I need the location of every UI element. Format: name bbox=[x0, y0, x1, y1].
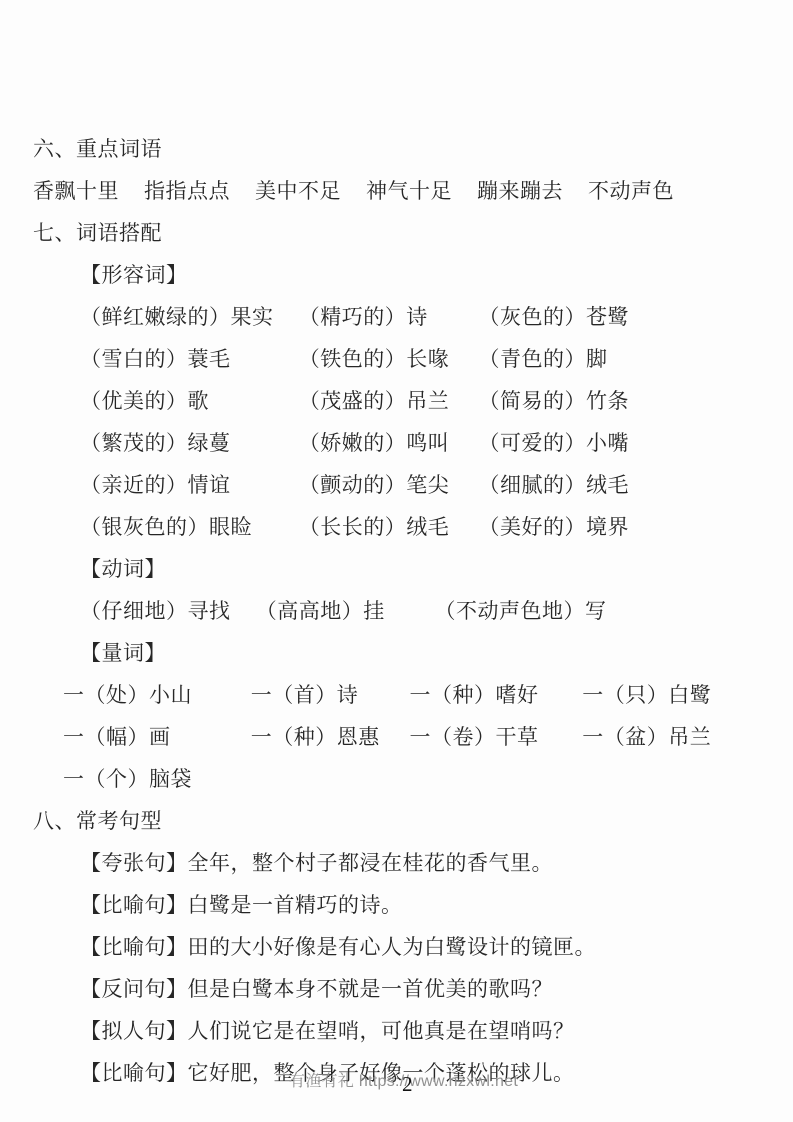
adjective-row: （优美的）歌 （茂盛的）吊兰 （简易的）竹条 bbox=[33, 380, 763, 422]
adjective-pair: （青色的）脚 bbox=[479, 347, 608, 371]
measure-pair: 一（处）小山 bbox=[63, 674, 245, 716]
example-sentence: 【比喻句】田的大小好像是有心人为白鹭设计的镜匣。 bbox=[33, 926, 763, 968]
adjective-pair: （繁茂的）绿蔓 bbox=[80, 422, 293, 464]
adjective-pair: （长长的）绒毛 bbox=[299, 506, 473, 548]
measure-pair: 一（盆）吊兰 bbox=[582, 725, 711, 749]
verb-pair: （不动声色地）写 bbox=[435, 599, 607, 623]
adjective-pair: （颤动的）笔尖 bbox=[299, 464, 473, 506]
key-word: 神气十足 bbox=[366, 170, 452, 212]
measure-pair: 一（只）白鹭 bbox=[582, 683, 711, 707]
adjective-pair: （美好的）境界 bbox=[479, 515, 630, 539]
adjective-pair: （雪白的）蓑毛 bbox=[80, 338, 293, 380]
adjective-pair: （灰色的）苍鹭 bbox=[479, 305, 630, 329]
adjective-pair: （铁色的）长喙 bbox=[299, 338, 473, 380]
verb-label: 【动词】 bbox=[33, 548, 763, 590]
key-word: 不动声色 bbox=[588, 170, 674, 212]
adjective-pair: （简易的）竹条 bbox=[479, 389, 630, 413]
adjective-pair: （优美的）歌 bbox=[80, 380, 293, 422]
measure-pair: 一（个）脑袋 bbox=[63, 758, 245, 800]
key-word: 香飘十里 bbox=[33, 170, 119, 212]
adjective-pair: （可爱的）小嘴 bbox=[479, 431, 630, 455]
adjective-pair: （亲近的）情谊 bbox=[80, 464, 293, 506]
adjective-pair: （茂盛的）吊兰 bbox=[299, 380, 473, 422]
verb-pair: （高高地）挂 bbox=[256, 590, 429, 632]
measure-word-row: 一（个）脑袋 bbox=[33, 758, 763, 800]
document-page: 六、重点词语 香飘十里 指指点点 美中不足 神气十足 蹦来蹦去 不动声色 七、词… bbox=[0, 0, 793, 1122]
adjective-row: （鲜红嫩绿的）果实 （精巧的）诗 （灰色的）苍鹭 bbox=[33, 296, 763, 338]
example-sentence: 【夸张句】全年，整个村子都浸在桂花的香气里。 bbox=[33, 842, 763, 884]
example-sentence: 【比喻句】白鹭是一首精巧的诗。 bbox=[33, 884, 763, 926]
adjective-label: 【形容词】 bbox=[33, 254, 763, 296]
adjective-row: （亲近的）情谊 （颤动的）笔尖 （细腻的）绒毛 bbox=[33, 464, 763, 506]
adjective-pair: （鲜红嫩绿的）果实 bbox=[80, 296, 293, 338]
measure-word-row: 一（幅）画 一（种）恩惠 一（卷）干草 一（盆）吊兰 bbox=[33, 716, 763, 758]
adjective-pair: （银灰色的）眼睑 bbox=[80, 506, 293, 548]
measure-pair: 一（首）诗 bbox=[251, 674, 404, 716]
page-number: 2 bbox=[402, 1072, 413, 1097]
measure-word-label: 【量词】 bbox=[33, 632, 763, 674]
key-words-row: 香飘十里 指指点点 美中不足 神气十足 蹦来蹦去 不动声色 bbox=[33, 170, 763, 212]
measure-pair: 一（种）恩惠 bbox=[251, 716, 404, 758]
key-word: 蹦来蹦去 bbox=[477, 170, 563, 212]
measure-pair: 一（种）嗜好 bbox=[410, 674, 577, 716]
section-heading-key-words: 六、重点词语 bbox=[33, 128, 763, 170]
verb-row: （仔细地）寻找 （高高地）挂 （不动声色地）写 bbox=[33, 590, 763, 632]
verb-pair: （仔细地）寻找 bbox=[80, 590, 250, 632]
adjective-row: （雪白的）蓑毛 （铁色的）长喙 （青色的）脚 bbox=[33, 338, 763, 380]
adjective-pair: （娇嫩的）鸣叫 bbox=[299, 422, 473, 464]
key-word: 指指点点 bbox=[144, 170, 230, 212]
adjective-row: （银灰色的）眼睑 （长长的）绒毛 （美好的）境界 bbox=[33, 506, 763, 548]
key-word: 美中不足 bbox=[255, 170, 341, 212]
adjective-pair: （细腻的）绒毛 bbox=[479, 473, 630, 497]
adjective-row: （繁茂的）绿蔓 （娇嫩的）鸣叫 （可爱的）小嘴 bbox=[33, 422, 763, 464]
document-content: 六、重点词语 香飘十里 指指点点 美中不足 神气十足 蹦来蹦去 不动声色 七、词… bbox=[33, 128, 763, 1094]
example-sentence: 【拟人句】人们说它是在望哨，可他真是在望哨吗？ bbox=[33, 1010, 763, 1052]
section-heading-sentence-types: 八、常考句型 bbox=[33, 800, 763, 842]
measure-pair: 一（卷）干草 bbox=[410, 716, 577, 758]
section-heading-collocations: 七、词语搭配 bbox=[33, 212, 763, 254]
watermark-text: 有渔有礼 https://www.nzxwl.net bbox=[0, 1068, 793, 1091]
example-sentence: 【反问句】但是白鹭本身不就是一首优美的歌吗？ bbox=[33, 968, 763, 1010]
adjective-pair: （精巧的）诗 bbox=[299, 296, 473, 338]
measure-pair: 一（幅）画 bbox=[63, 716, 245, 758]
measure-word-row: 一（处）小山 一（首）诗 一（种）嗜好 一（只）白鹭 bbox=[33, 674, 763, 716]
